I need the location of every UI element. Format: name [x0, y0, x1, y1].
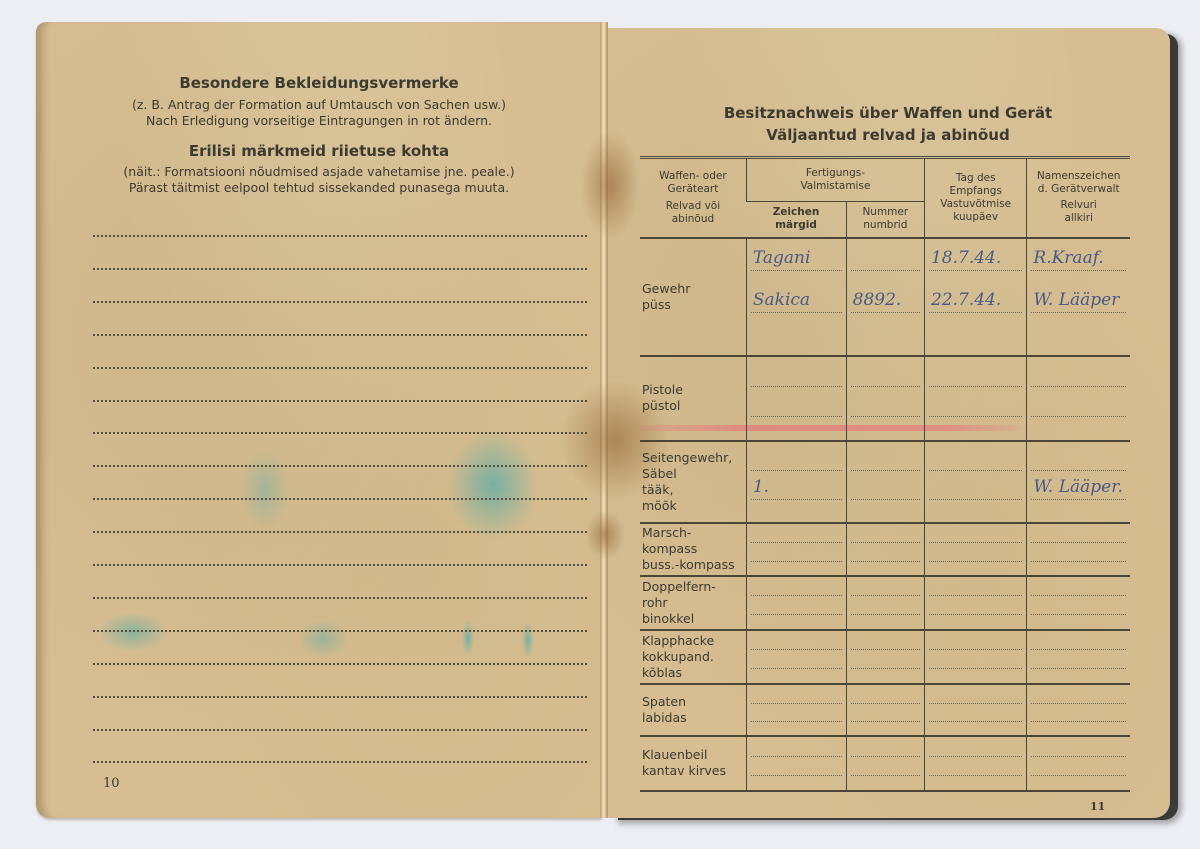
handwritten-entry: 1.: [753, 477, 844, 497]
col-tag-de-2: Empfangs: [927, 185, 1024, 198]
weapons-table: Waffen- oder Geräteart Relvad või abinõu…: [640, 156, 1130, 792]
cell-nummer[interactable]: [846, 356, 924, 441]
ruled-line: [93, 498, 587, 500]
dotted-entry-line: [929, 561, 1022, 562]
clothing-notes-title-et: Erilisi märkmeid riietuse kohta: [36, 142, 602, 160]
dotted-entry-line: [751, 270, 842, 271]
table-row: Pistolepüstol: [640, 356, 1130, 441]
dotted-entry-line: [851, 561, 920, 562]
row-label-line: Spaten: [642, 694, 744, 710]
dotted-entry-line: [851, 775, 920, 776]
dotted-entry-line: [851, 668, 920, 669]
row-label-line: Klauenbeil: [642, 747, 744, 763]
dotted-entry-line: [1031, 668, 1126, 669]
dotted-entry-line: [751, 668, 842, 669]
page-number-right: 11: [1090, 800, 1105, 813]
dotted-entry-line: [751, 312, 842, 313]
row-label: Klapphackekokkupand.kõblas: [640, 630, 746, 684]
cell-name[interactable]: [1027, 736, 1130, 791]
col-fert-de: Fertigungs-: [749, 167, 922, 180]
cell-zeichen[interactable]: [746, 356, 846, 441]
cell-zeichen[interactable]: 1.: [746, 441, 846, 523]
cell-zeichen[interactable]: [746, 736, 846, 791]
col-tag-et-1: Vastuvõtmise: [927, 198, 1024, 211]
ruled-line: [93, 630, 587, 632]
row-label-line: Pistole: [642, 382, 744, 398]
dotted-entry-line: [1031, 703, 1126, 704]
row-label: Marsch-kompassbuss.-kompass: [640, 523, 746, 576]
dotted-entry-line: [929, 499, 1022, 500]
row-label-line: Marsch-: [642, 525, 744, 541]
col-zeichen-et: märgid: [748, 219, 843, 232]
dotted-entry-line: [751, 470, 842, 471]
row-label: Doppelfern-rohrbinokkel: [640, 576, 746, 630]
row-label-line: Gewehr: [642, 281, 744, 297]
dotted-entry-line: [929, 312, 1022, 313]
dotted-entry-line: [1031, 470, 1126, 471]
col-header-item: Waffen- oder Geräteart Relvad või abinõu…: [640, 158, 746, 238]
col-name-de-2: d. Gerätverwalt: [1029, 183, 1128, 196]
dotted-entry-line: [851, 470, 920, 471]
ruled-line: [93, 696, 587, 698]
col-nummer-et: numbrid: [849, 219, 922, 232]
weapons-title-de: Besitznachweis über Waffen und Gerät: [606, 102, 1170, 124]
dotted-entry-line: [751, 386, 842, 387]
handwritten-entry: Tagani: [753, 248, 844, 268]
row-label-line: binokkel: [642, 611, 744, 627]
table-row: Klauenbeilkantav kirves: [640, 736, 1130, 791]
dotted-entry-line: [929, 614, 1022, 615]
dotted-entry-line: [851, 614, 920, 615]
dotted-entry-line: [851, 416, 920, 417]
dotted-entry-line: [1031, 386, 1126, 387]
table-row: Marsch-kompassbuss.-kompass: [640, 523, 1130, 576]
dotted-entry-line: [751, 775, 842, 776]
clothing-notes-title: Besondere Bekleidungsvermerke: [36, 74, 602, 92]
ruled-line: [93, 432, 587, 434]
table-row: Klapphackekokkupand.kõblas: [640, 630, 1130, 684]
dotted-entry-line: [1031, 270, 1126, 271]
cell-tag[interactable]: [924, 576, 1026, 630]
row-label: Klauenbeilkantav kirves: [640, 736, 746, 791]
table-row: GewehrpüssTaganiSakica8892.18.7.44.22.7.…: [640, 238, 1130, 356]
row-label-line: kokkupand.: [642, 649, 744, 665]
dotted-entry-line: [1031, 649, 1126, 650]
page-number-left: 10: [103, 776, 120, 791]
cell-tag[interactable]: [924, 356, 1026, 441]
col-zeichen-de: Zeichen: [748, 206, 843, 219]
cell-zeichen[interactable]: [746, 630, 846, 684]
dotted-entry-line: [929, 270, 1022, 271]
col-header-date: Tag des Empfangs Vastuvõtmise kuupäev: [924, 158, 1026, 238]
col-header-fertigungs: Fertigungs- Valmistamise: [746, 158, 924, 202]
dotted-entry-line: [929, 649, 1022, 650]
cell-tag[interactable]: 18.7.44.22.7.44.: [924, 238, 1026, 356]
row-label-line: püstol: [642, 398, 744, 414]
col-name-de-1: Namenszeichen: [1029, 170, 1128, 183]
ruled-line: [93, 761, 587, 763]
blue-stamp-mark: [522, 622, 534, 658]
row-label-line: kantav kirves: [642, 763, 744, 779]
handwritten-entry: W. Lääper.: [1033, 477, 1128, 497]
ruled-line: [93, 663, 587, 665]
cell-tag[interactable]: [924, 684, 1026, 736]
row-label-line: Doppelfern-: [642, 579, 744, 595]
col-tag-de-1: Tag des: [927, 172, 1024, 185]
dotted-entry-line: [1031, 775, 1126, 776]
row-label-line: kompass: [642, 541, 744, 557]
dotted-entry-line: [851, 703, 920, 704]
blue-stamp-mark: [462, 620, 474, 656]
cell-nummer[interactable]: [846, 684, 924, 736]
dotted-entry-line: [751, 416, 842, 417]
row-label-line: buss.-kompass: [642, 557, 744, 573]
dotted-entry-line: [1031, 542, 1126, 543]
row-label-line: kõblas: [642, 665, 744, 681]
dotted-entry-line: [851, 542, 920, 543]
dotted-entry-line: [751, 649, 842, 650]
dotted-entry-line: [1031, 312, 1126, 313]
dotted-entry-line: [751, 756, 842, 757]
cell-tag[interactable]: [924, 523, 1026, 576]
dotted-entry-line: [751, 595, 842, 596]
dotted-entry-line: [929, 721, 1022, 722]
row-label-line: Klapphacke: [642, 633, 744, 649]
cell-nummer[interactable]: [846, 736, 924, 791]
table-row: Doppelfern-rohrbinokkel: [640, 576, 1130, 630]
cell-nummer[interactable]: [846, 630, 924, 684]
col-name-et-2: allkiri: [1029, 212, 1128, 225]
row-label-line: mõõk: [642, 498, 744, 514]
dotted-entry-line: [1031, 595, 1126, 596]
row-label: Seitengewehr,Säbeltääk,mõõk: [640, 441, 746, 523]
dotted-entry-line: [751, 499, 842, 500]
clothing-notes-subtitle-et-1: (näit.: Formatsiooni nõudmised asjade va…: [36, 164, 602, 180]
col-header-signature: Namenszeichen d. Gerätverwalt Relvuri al…: [1027, 158, 1130, 238]
row-label-line: Säbel: [642, 466, 744, 482]
cell-zeichen[interactable]: [746, 576, 846, 630]
cell-zeichen[interactable]: [746, 684, 846, 736]
ruled-line: [93, 235, 587, 237]
ruled-line: [93, 400, 587, 402]
cell-name[interactable]: [1027, 576, 1130, 630]
cell-zeichen[interactable]: [746, 523, 846, 576]
cell-tag[interactable]: [924, 736, 1026, 791]
dotted-entry-line: [1031, 561, 1126, 562]
dotted-entry-line: [929, 470, 1022, 471]
weapons-title-et: Väljaantud relvad ja abinõud: [606, 124, 1170, 146]
blue-stamp-mark: [298, 620, 348, 658]
ruled-line: [93, 564, 587, 566]
dotted-entry-line: [1031, 416, 1126, 417]
blue-stamp-mark: [240, 450, 290, 530]
cell-nummer[interactable]: [846, 523, 924, 576]
table-row: Spatenlabidas: [640, 684, 1130, 736]
ruled-line: [93, 465, 587, 467]
cell-name[interactable]: R.Kraaf.W. Lääper: [1027, 238, 1130, 356]
handwritten-entry: R.Kraaf.: [1033, 248, 1128, 268]
dotted-entry-line: [929, 756, 1022, 757]
handwritten-entry: 18.7.44.: [931, 248, 1024, 268]
col-header-number: Nummer numbrid: [846, 202, 924, 238]
handwritten-entry: W. Lääper: [1033, 290, 1128, 310]
blue-stamp-mark: [448, 430, 538, 540]
handwritten-entry: Sakica: [753, 290, 844, 310]
cell-name[interactable]: W. Lääper.: [1027, 441, 1130, 523]
clothing-notes-subtitle-de-1: (z. B. Antrag der Formation auf Umtausch…: [36, 97, 602, 113]
dotted-entry-line: [851, 386, 920, 387]
row-label-line: Seitengewehr,: [642, 450, 744, 466]
col-item-de-2: Geräteart: [642, 183, 744, 196]
dotted-entry-line: [929, 668, 1022, 669]
cell-tag[interactable]: [924, 441, 1026, 523]
row-label-line: tääk,: [642, 482, 744, 498]
dotted-entry-line: [851, 499, 920, 500]
col-header-mark: Zeichen märgid: [746, 202, 846, 238]
dotted-entry-line: [751, 703, 842, 704]
col-item-de-1: Waffen- oder: [642, 170, 744, 183]
col-item-et-1: Relvad või: [642, 200, 744, 213]
dotted-entry-line: [851, 312, 920, 313]
col-item-et-2: abinõud: [642, 213, 744, 226]
cell-name[interactable]: [1027, 356, 1130, 441]
dotted-entry-line: [1031, 499, 1126, 500]
row-label-line: püss: [642, 297, 744, 313]
dotted-entry-line: [929, 542, 1022, 543]
dotted-entry-line: [929, 595, 1022, 596]
blue-stamp-mark: [98, 612, 168, 652]
dotted-entry-line: [751, 614, 842, 615]
ruled-line: [93, 334, 587, 336]
dotted-entry-line: [851, 721, 920, 722]
dotted-entry-line: [751, 561, 842, 562]
row-label-line: labidas: [642, 710, 744, 726]
dotted-entry-line: [929, 775, 1022, 776]
dotted-entry-line: [851, 595, 920, 596]
handwritten-entry: 22.7.44.: [931, 290, 1024, 310]
ruled-line: [93, 301, 587, 303]
dotted-entry-line: [929, 416, 1022, 417]
handwritten-entry: 8892.: [853, 290, 922, 310]
cell-name[interactable]: [1027, 523, 1130, 576]
dotted-entry-line: [929, 386, 1022, 387]
row-label: Gewehrpüss: [640, 238, 746, 356]
cell-name[interactable]: [1027, 630, 1130, 684]
dotted-entry-line: [929, 703, 1022, 704]
col-tag-et-2: kuupäev: [927, 211, 1024, 224]
dotted-entry-line: [751, 721, 842, 722]
cell-name[interactable]: [1027, 684, 1130, 736]
dotted-entry-line: [1031, 721, 1126, 722]
cell-nummer[interactable]: 8892.: [846, 238, 924, 356]
dotted-entry-line: [1031, 614, 1126, 615]
col-fert-et: Valmistamise: [749, 180, 922, 193]
cell-nummer[interactable]: [846, 441, 924, 523]
rust-stain: [585, 510, 625, 560]
col-nummer-de: Nummer: [849, 206, 922, 219]
row-label: Pistolepüstol: [640, 356, 746, 441]
ruled-line: [93, 268, 587, 270]
clothing-notes-subtitle-de-2: Nach Erledigung vorseitige Eintragungen …: [36, 113, 602, 129]
cell-nummer[interactable]: [846, 576, 924, 630]
clothing-notes-subtitle-et-2: Pärast täitmist eelpool tehtud sissekand…: [36, 180, 602, 196]
dotted-entry-line: [751, 542, 842, 543]
col-name-et-1: Relvuri: [1029, 199, 1128, 212]
table-row: Seitengewehr,Säbeltääk,mõõk1.W. Lääper.: [640, 441, 1130, 523]
dotted-entry-line: [851, 649, 920, 650]
dotted-entry-line: [1031, 756, 1126, 757]
ruled-line: [93, 367, 587, 369]
cell-tag[interactable]: [924, 630, 1026, 684]
row-label: Spatenlabidas: [640, 684, 746, 736]
ruled-line: [93, 531, 587, 533]
cell-zeichen[interactable]: TaganiSakica: [746, 238, 846, 356]
ruled-line: [93, 729, 587, 731]
ruled-line: [93, 597, 587, 599]
dotted-entry-line: [851, 756, 920, 757]
dotted-entry-line: [851, 270, 920, 271]
row-label-line: rohr: [642, 595, 744, 611]
